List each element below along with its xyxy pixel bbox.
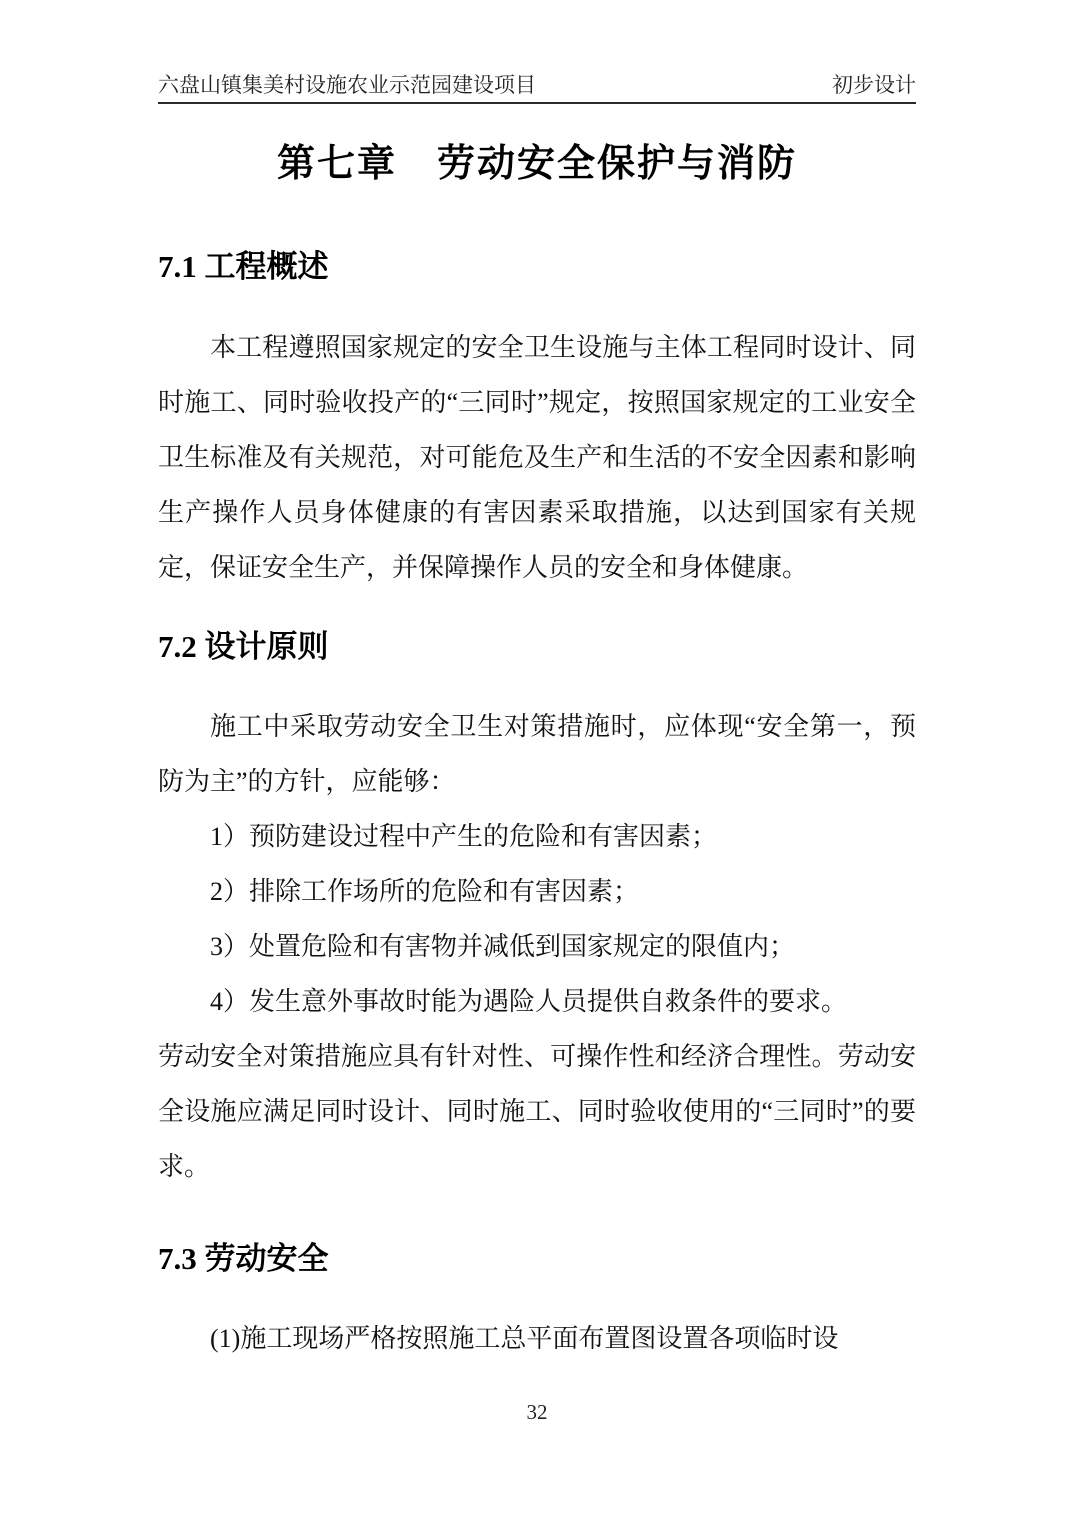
page-content: 六盘山镇集美村设施农业示范园建设项目 初步设计 第七章 劳动安全保护与消防 7.… <box>158 72 916 1366</box>
list-item-4: 4）发生意外事故时能为遇险人员提供自救条件的要求。 <box>158 974 916 1029</box>
section-heading-7-1: 7.1 工程概述 <box>158 247 916 287</box>
running-header: 六盘山镇集美村设施农业示范园建设项目 初步设计 <box>158 72 916 104</box>
header-doc-stage: 初步设计 <box>832 72 916 98</box>
list-item-3: 3）处置危险和有害物并减低到国家规定的限值内； <box>158 919 916 974</box>
document-page: 六盘山镇集美村设施农业示范园建设项目 初步设计 第七章 劳动安全保护与消防 7.… <box>0 0 1074 1520</box>
paragraph-7-2-closing: 劳动安全对策措施应具有针对性、可操作性和经济合理性。劳动安全设施应满足同时设计、… <box>158 1029 916 1194</box>
paragraph-7-1: 本工程遵照国家规定的安全卫生设施与主体工程同时设计、同时施工、同时验收投产的“三… <box>158 320 916 595</box>
section-heading-7-3: 7.3 劳动安全 <box>158 1239 916 1279</box>
page-number: 32 <box>0 1400 1074 1424</box>
paragraph-7-3: (1)施工现场严格按照施工总平面布置图设置各项临时设 <box>158 1311 916 1366</box>
chapter-title: 第七章 劳动安全保护与消防 <box>158 139 916 189</box>
list-item-1: 1）预防建设过程中产生的危险和有害因素； <box>158 809 916 864</box>
section-heading-7-2: 7.2 设计原则 <box>158 627 916 667</box>
paragraph-7-2-intro: 施工中采取劳动安全卫生对策措施时，应体现“安全第一，预防为主”的方针，应能够： <box>158 699 916 809</box>
list-item-2: 2）排除工作场所的危险和有害因素； <box>158 864 916 919</box>
header-project-title: 六盘山镇集美村设施农业示范园建设项目 <box>158 72 536 98</box>
